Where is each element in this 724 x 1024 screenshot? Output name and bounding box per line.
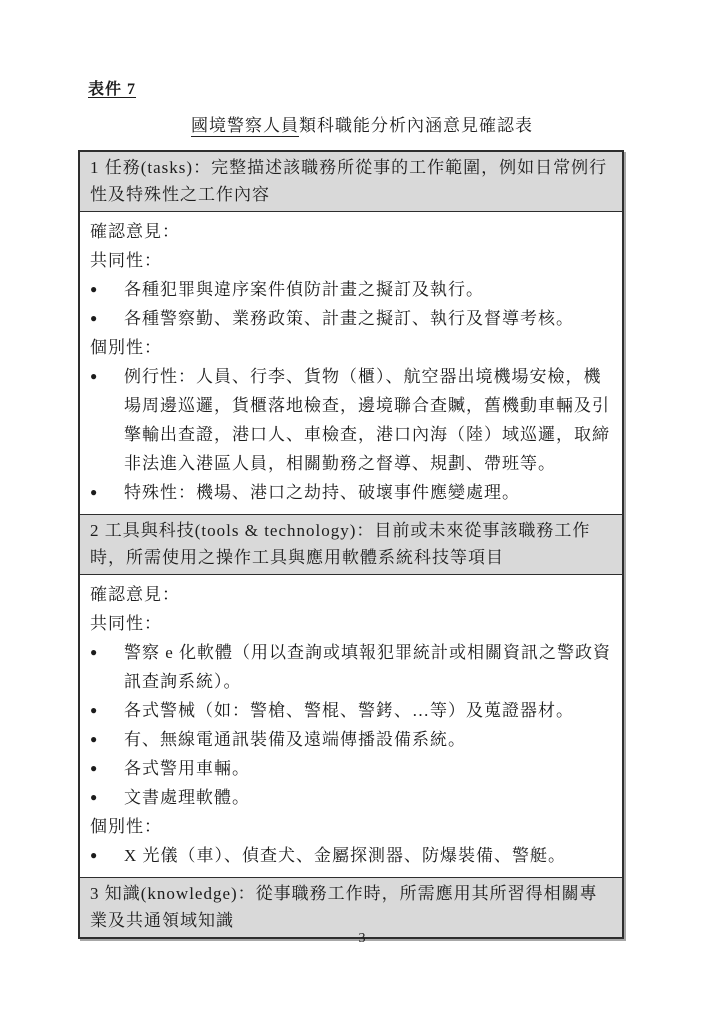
list-item: ● 有、無線電通訊裝備及遠端傳播設備系統。	[90, 725, 612, 754]
list-item: ● 各種犯罪與違序案件偵防計畫之擬訂及執行。	[90, 275, 612, 304]
section-2-commonality-label: 共同性：	[90, 609, 612, 638]
bullet-icon: ●	[90, 304, 124, 333]
section-3-header: 3 知識(knowledge)：從事職務工作時，所需應用其所習得相關專業及共通領…	[80, 877, 622, 937]
page-number: 3	[0, 931, 724, 947]
list-item-text: 例行性：人員、行李、貨物（櫃）、航空器出境機場安檢，機場周邊巡邏，貨櫃落地檢查，…	[124, 362, 612, 478]
bullet-icon: ●	[90, 725, 124, 754]
section-2-body: 確認意見： 共同性： ● 警察 e 化軟體（用以查詢或填報犯罪統計或相關資訊之警…	[80, 574, 622, 877]
list-item-text: 警察 e 化軟體（用以查詢或填報犯罪統計或相關資訊之警政資訊查詢系統）。	[124, 638, 612, 696]
section-1-individuality-label: 個別性：	[90, 333, 612, 362]
bullet-icon: ●	[90, 478, 124, 507]
list-item-text: 有、無線電通訊裝備及遠端傳播設備系統。	[124, 725, 612, 754]
document-page: 表件 7 國境警察人員類科職能分析內涵意見確認表 1 任務(tasks)：完整描…	[0, 0, 724, 1024]
list-item-text: 各式警用車輛。	[124, 754, 612, 783]
list-item: ● 警察 e 化軟體（用以查詢或填報犯罪統計或相關資訊之警政資訊查詢系統）。	[90, 638, 612, 696]
section-2-individuality-label: 個別性：	[90, 812, 612, 841]
list-item: ● 例行性：人員、行李、貨物（櫃）、航空器出境機場安檢，機場周邊巡邏，貨櫃落地檢…	[90, 362, 612, 478]
title-underlined-part: 國境警察人員	[191, 116, 299, 137]
title-rest-part: 類科職能分析內涵意見確認表	[299, 116, 533, 135]
bullet-icon: ●	[90, 275, 124, 304]
section-1-confirm-opinion-label: 確認意見：	[90, 217, 612, 246]
section-2-header: 2 工具與科技(tools & technology)：目前或未來從事該職務工作…	[80, 514, 622, 574]
bullet-icon: ●	[90, 696, 124, 725]
section-2-confirm-opinion-label: 確認意見：	[90, 580, 612, 609]
section-1-commonality-label: 共同性：	[90, 246, 612, 275]
list-item-text: 各種犯罪與違序案件偵防計畫之擬訂及執行。	[124, 275, 612, 304]
list-item: ● X 光儀（車）、偵查犬、金屬探測器、防爆裝備、警艇。	[90, 841, 612, 870]
bullet-icon: ●	[90, 638, 124, 667]
confirmation-table: 1 任務(tasks)：完整描述該職務所從事的工作範圍，例如日常例行性及特殊性之…	[78, 150, 624, 939]
list-item-text: 特殊性：機場、港口之劫持、破壞事件應變處理。	[124, 478, 612, 507]
list-item-text: 文書處理軟體。	[124, 783, 612, 812]
list-item: ● 文書處理軟體。	[90, 783, 612, 812]
list-item-text: 各種警察勤、業務政策、計畫之擬訂、執行及督導考核。	[124, 304, 612, 333]
bullet-icon: ●	[90, 754, 124, 783]
section-1-body: 確認意見： 共同性： ● 各種犯罪與違序案件偵防計畫之擬訂及執行。 ● 各種警察…	[80, 211, 622, 514]
list-item-text: 各式警械（如：警槍、警棍、警銬、…等）及蒐證器材。	[124, 696, 612, 725]
list-item: ● 各種警察勤、業務政策、計畫之擬訂、執行及督導考核。	[90, 304, 612, 333]
bullet-icon: ●	[90, 841, 124, 870]
section-1-header: 1 任務(tasks)：完整描述該職務所從事的工作範圍，例如日常例行性及特殊性之…	[80, 152, 622, 211]
list-item: ● 特殊性：機場、港口之劫持、破壞事件應變處理。	[90, 478, 612, 507]
document-title: 國境警察人員類科職能分析內涵意見確認表	[0, 111, 724, 136]
list-item: ● 各式警用車輛。	[90, 754, 612, 783]
bullet-icon: ●	[90, 362, 124, 391]
attachment-label: 表件 7	[88, 76, 136, 99]
list-item-text: X 光儀（車）、偵查犬、金屬探測器、防爆裝備、警艇。	[124, 841, 612, 870]
list-item: ● 各式警械（如：警槍、警棍、警銬、…等）及蒐證器材。	[90, 696, 612, 725]
bullet-icon: ●	[90, 783, 124, 812]
